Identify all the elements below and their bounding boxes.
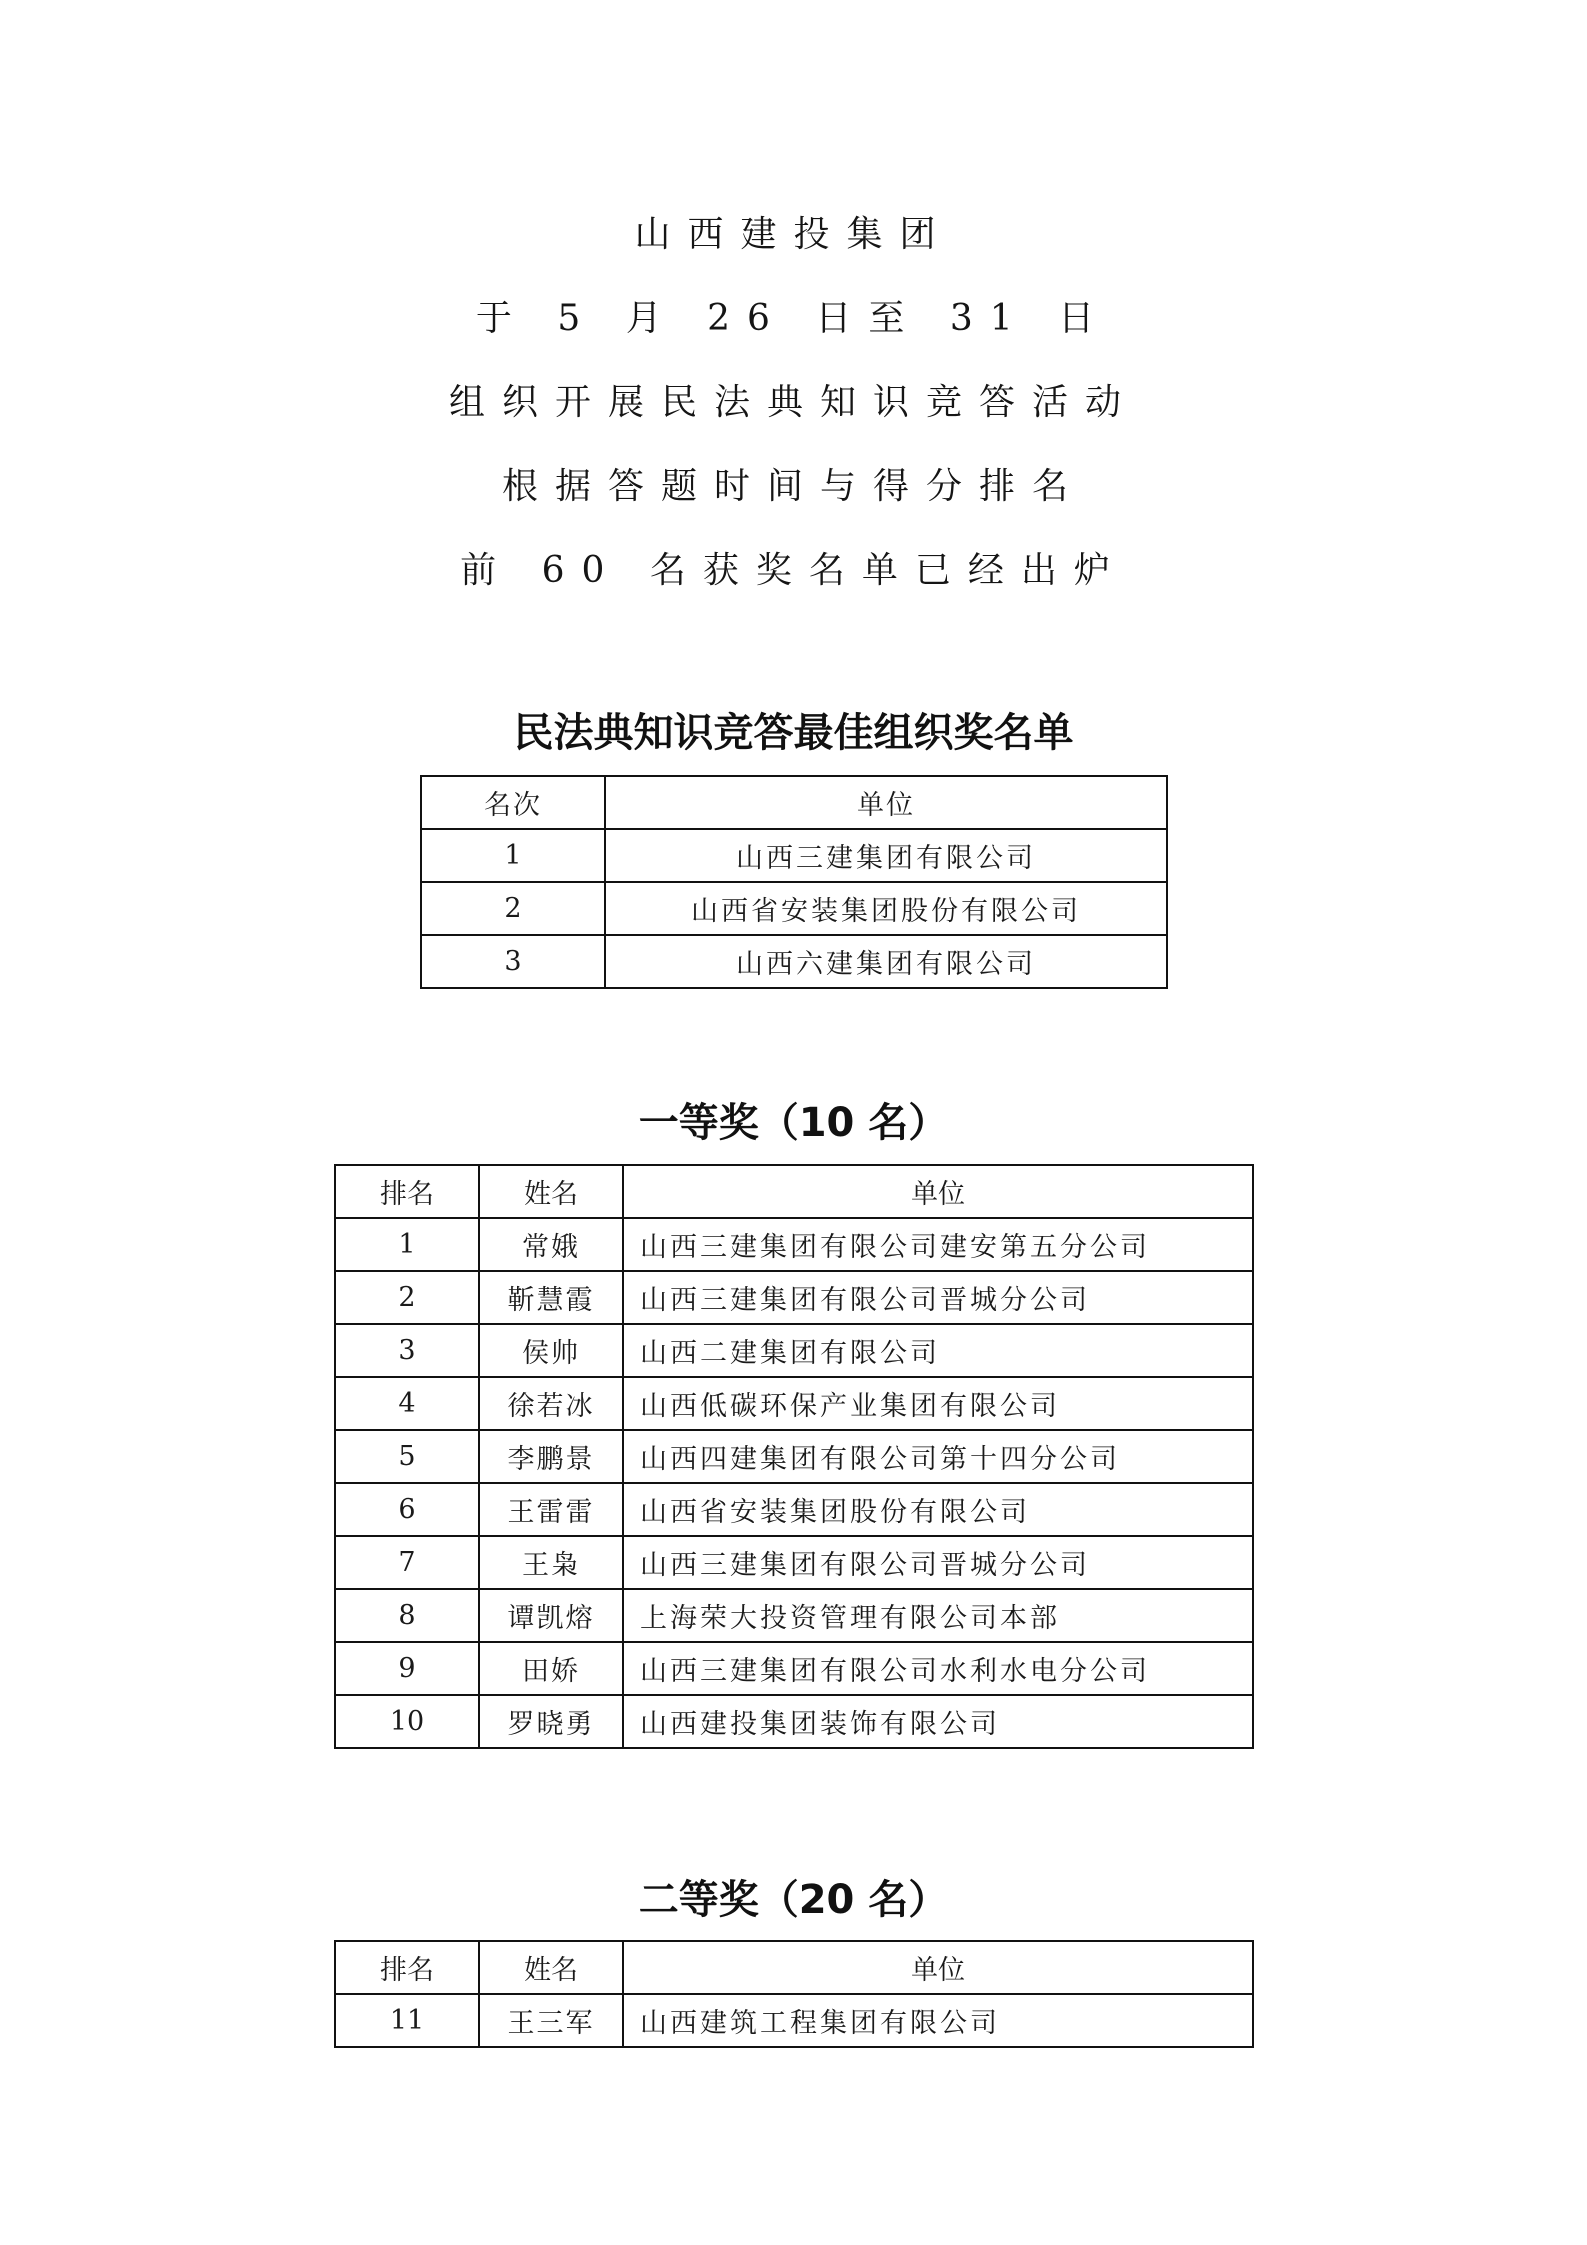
- intro-line-announcement: 前 60 名获奖名单已经出炉: [0, 549, 1587, 593]
- table-row: 2 山西省安装集团股份有限公司: [421, 882, 1167, 935]
- table-row: 2 靳慧霞 山西三建集团有限公司晋城分公司: [335, 1271, 1253, 1324]
- header-rank: 排名: [335, 1165, 479, 1218]
- table-row: 9 田娇 山西三建集团有限公司水利水电分公司: [335, 1642, 1253, 1695]
- table-row: 5 李鹏景 山西四建集团有限公司第十四分公司: [335, 1430, 1253, 1483]
- rank-cell: 11: [335, 1994, 479, 2047]
- unit-cell: 山西建投集团装饰有限公司: [623, 1695, 1253, 1748]
- table-row: 7 王枭 山西三建集团有限公司晋城分公司: [335, 1536, 1253, 1589]
- rank-cell: 2: [335, 1271, 479, 1324]
- rank-cell: 8: [335, 1589, 479, 1642]
- unit-cell: 山西三建集团有限公司晋城分公司: [623, 1271, 1253, 1324]
- rank-cell: 5: [335, 1430, 479, 1483]
- table-header-row: 排名 姓名 单位: [335, 1941, 1253, 1994]
- table-row: 10 罗晓勇 山西建投集团装饰有限公司: [335, 1695, 1253, 1748]
- header-unit: 单位: [623, 1165, 1253, 1218]
- unit-cell: 上海荣大投资管理有限公司本部: [623, 1589, 1253, 1642]
- intro-line-activity: 组织开展民法典知识竞答活动: [0, 381, 1587, 425]
- second-prize-title: 二等奖（20 名）: [0, 1875, 1587, 1925]
- unit-cell: 山西省安装集团股份有限公司: [605, 882, 1167, 935]
- table-row: 6 王雷雷 山西省安装集团股份有限公司: [335, 1483, 1253, 1536]
- table-row: 4 徐若冰 山西低碳环保产业集团有限公司: [335, 1377, 1253, 1430]
- rank-cell: 4: [335, 1377, 479, 1430]
- rank-cell: 3: [421, 935, 605, 988]
- name-cell: 罗晓勇: [479, 1695, 623, 1748]
- header-unit: 单位: [623, 1941, 1253, 1994]
- table-header-row: 排名 姓名 单位: [335, 1165, 1253, 1218]
- rank-cell: 1: [335, 1218, 479, 1271]
- rank-cell: 6: [335, 1483, 479, 1536]
- first-prize-table: 排名 姓名 单位 1 常娥 山西三建集团有限公司建安第五分公司 2 靳慧霞 山西…: [334, 1164, 1254, 1749]
- intro-line-company: 山西建投集团: [0, 213, 1587, 257]
- unit-cell: 山西六建集团有限公司: [605, 935, 1167, 988]
- rank-cell: 10: [335, 1695, 479, 1748]
- name-cell: 王雷雷: [479, 1483, 623, 1536]
- unit-cell: 山西省安装集团股份有限公司: [623, 1483, 1253, 1536]
- name-cell: 谭凯熔: [479, 1589, 623, 1642]
- header-rank: 排名: [335, 1941, 479, 1994]
- header-name: 姓名: [479, 1941, 623, 1994]
- table-row: 3 侯帅 山西二建集团有限公司: [335, 1324, 1253, 1377]
- unit-cell: 山西二建集团有限公司: [623, 1324, 1253, 1377]
- table-header-row: 名次 单位: [421, 776, 1167, 829]
- rank-cell: 1: [421, 829, 605, 882]
- unit-cell: 山西三建集团有限公司晋城分公司: [623, 1536, 1253, 1589]
- name-cell: 侯帅: [479, 1324, 623, 1377]
- rank-cell: 7: [335, 1536, 479, 1589]
- header-name: 姓名: [479, 1165, 623, 1218]
- rank-cell: 3: [335, 1324, 479, 1377]
- name-cell: 王枭: [479, 1536, 623, 1589]
- name-cell: 靳慧霞: [479, 1271, 623, 1324]
- table-row: 3 山西六建集团有限公司: [421, 935, 1167, 988]
- unit-cell: 山西建筑工程集团有限公司: [623, 1994, 1253, 2047]
- unit-cell: 山西三建集团有限公司建安第五分公司: [623, 1218, 1253, 1271]
- table-row: 8 谭凯熔 上海荣大投资管理有限公司本部: [335, 1589, 1253, 1642]
- unit-cell: 山西三建集团有限公司: [605, 829, 1167, 882]
- table-row: 11 王三军 山西建筑工程集团有限公司: [335, 1994, 1253, 2047]
- name-cell: 李鹏景: [479, 1430, 623, 1483]
- table-row: 1 常娥 山西三建集团有限公司建安第五分公司: [335, 1218, 1253, 1271]
- intro-line-ranking-basis: 根据答题时间与得分排名: [0, 465, 1587, 509]
- header-unit: 单位: [605, 776, 1167, 829]
- org-award-table: 名次 单位 1 山西三建集团有限公司 2 山西省安装集团股份有限公司 3 山西六…: [420, 775, 1168, 989]
- rank-cell: 9: [335, 1642, 479, 1695]
- unit-cell: 山西三建集团有限公司水利水电分公司: [623, 1642, 1253, 1695]
- name-cell: 常娥: [479, 1218, 623, 1271]
- name-cell: 徐若冰: [479, 1377, 623, 1430]
- unit-cell: 山西四建集团有限公司第十四分公司: [623, 1430, 1253, 1483]
- unit-cell: 山西低碳环保产业集团有限公司: [623, 1377, 1253, 1430]
- intro-line-dates: 于 5 月 26 日至 31 日: [0, 297, 1587, 341]
- table-row: 1 山西三建集团有限公司: [421, 829, 1167, 882]
- name-cell: 王三军: [479, 1994, 623, 2047]
- header-rank: 名次: [421, 776, 605, 829]
- second-prize-table: 排名 姓名 单位 11 王三军 山西建筑工程集团有限公司: [334, 1940, 1254, 2048]
- first-prize-title: 一等奖（10 名）: [0, 1098, 1587, 1148]
- org-award-title: 民法典知识竞答最佳组织奖名单: [0, 708, 1587, 758]
- name-cell: 田娇: [479, 1642, 623, 1695]
- rank-cell: 2: [421, 882, 605, 935]
